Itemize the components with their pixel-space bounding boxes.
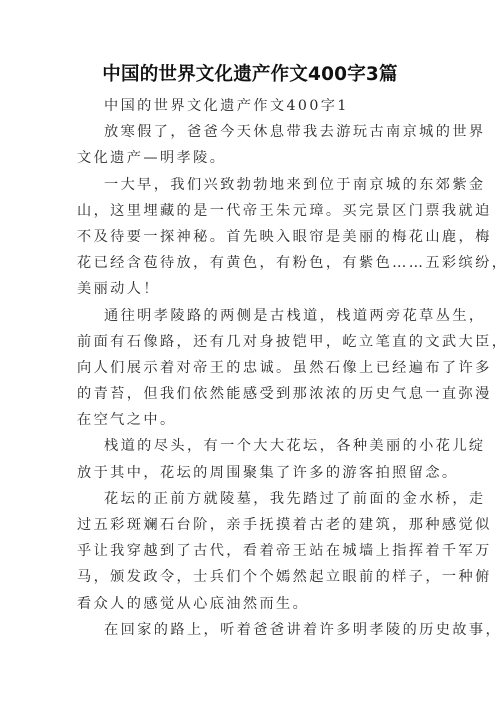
paragraph-line: 栈道的尽头，有一个大大花坛，各种美丽的小花儿绽	[77, 433, 417, 459]
paragraph-line: 在空气之中。	[77, 407, 417, 433]
paragraph-line: 花坛的正前方就陵墓，我先踏过了前面的金水桥，走	[77, 486, 417, 512]
paragraph-line: 向人们展示着对帝王的忠诚。虽然石像上已经遍布了许多	[77, 355, 417, 381]
paragraph-4: 栈道的尽头，有一个大大花坛，各种美丽的小花儿绽 放于其中，花坛的周围聚集了许多的…	[77, 433, 417, 485]
paragraph-1: 放寒假了，爸爸今天休息带我去游玩古南京城的世界 文化遗产—明孝陵。	[77, 119, 417, 171]
paragraph-line: 通往明孝陵路的两侧是古栈道，栈道两旁花草丛生，	[77, 303, 417, 329]
paragraph-line: 乎让我穿越到了古代，看着帝王站在城墙上指挥着千军万	[77, 538, 417, 564]
paragraph-line: 看众人的感觉从心底油然而生。	[77, 591, 417, 617]
paragraph-line: 放于其中，花坛的周围聚集了许多的游客拍照留念。	[77, 460, 417, 486]
paragraph-line: 的青苔，但我们依然能感受到那浓浓的历史气息一直弥漫	[77, 381, 417, 407]
paragraph-2: 一大早，我们兴致勃勃地来到位于南京城的东郊紫金 山，这里埋藏的是一代帝王朱元璋。…	[77, 172, 417, 303]
document-page: 中国的世界文化遗产作文400字3篇 中国的世界文化遗产作文400字1 放寒假了，…	[0, 0, 500, 708]
paragraph-line: 山，这里埋藏的是一代帝王朱元璋。买完景区门票我就迫	[77, 198, 417, 224]
paragraph-line: 花已经含苞待放，有黄色，有粉色，有紫色……五彩缤纷，	[77, 250, 417, 276]
document-title: 中国的世界文化遗产作文400字3篇	[0, 63, 500, 87]
paragraph-line: 在回家的路上，听着爸爸讲着许多明孝陵的历史故事，	[77, 617, 417, 643]
paragraph-line: 一大早，我们兴致勃勃地来到位于南京城的东郊紫金	[77, 172, 417, 198]
document-body: 中国的世界文化遗产作文400字1 放寒假了，爸爸今天休息带我去游玩古南京城的世界…	[77, 93, 417, 643]
paragraph-line: 马，颁发政令，士兵们个个嫣然起立眼前的样子，一种俯	[77, 564, 417, 590]
paragraph-3: 通往明孝陵路的两侧是古栈道，栈道两旁花草丛生， 前面有石像路，还有几对身披铠甲，…	[77, 303, 417, 434]
paragraph-6: 在回家的路上，听着爸爸讲着许多明孝陵的历史故事，	[77, 617, 417, 643]
paragraph-line: 放寒假了，爸爸今天休息带我去游玩古南京城的世界	[77, 119, 417, 145]
essay-subtitle: 中国的世界文化遗产作文400字1	[77, 93, 417, 119]
paragraph-5: 花坛的正前方就陵墓，我先踏过了前面的金水桥，走 过五彩斑斓石台阶，亲手抚摸着古老…	[77, 486, 417, 617]
paragraph-line: 美丽动人！	[77, 276, 417, 302]
paragraph-line: 前面有石像路，还有几对身披铠甲，屹立笔直的文武大臣，	[77, 329, 417, 355]
paragraph-line: 文化遗产—明孝陵。	[77, 145, 417, 171]
paragraph-line: 不及待要一探神秘。首先映入眼帘是美丽的梅花山鹿，梅	[77, 224, 417, 250]
paragraph-line: 过五彩斑斓石台阶，亲手抚摸着古老的建筑，那种感觉似	[77, 512, 417, 538]
